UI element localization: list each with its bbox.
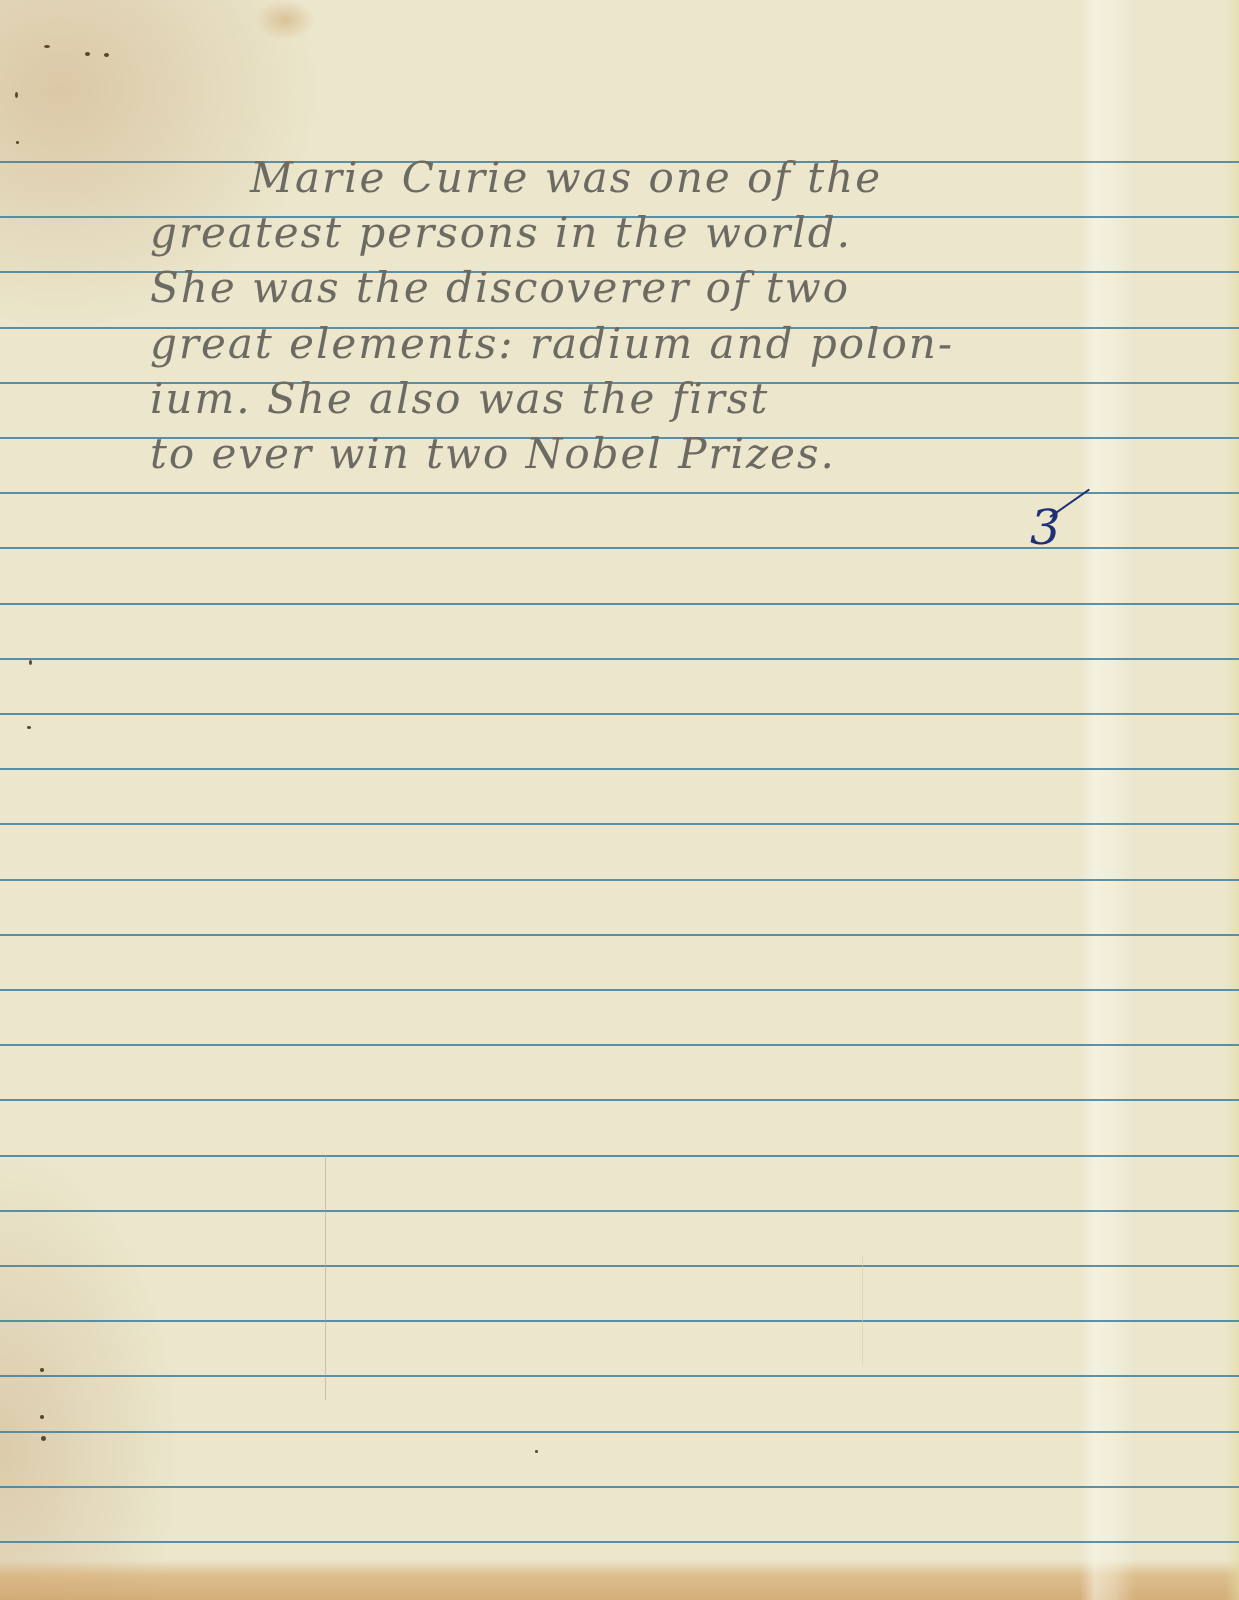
essay-line: Marie Curie was one of the xyxy=(150,150,1110,205)
paper-speck xyxy=(41,1436,46,1441)
grade-mark: 3 xyxy=(1030,500,1061,556)
ruled-line xyxy=(0,1155,1239,1157)
ruled-line xyxy=(0,1044,1239,1046)
ruled-line xyxy=(0,768,1239,770)
paper-speck xyxy=(40,1368,44,1372)
ruled-line xyxy=(0,492,1239,494)
ruled-line xyxy=(0,603,1239,605)
essay-line: greatest persons in the world. xyxy=(150,205,1110,260)
notebook-page: Marie Curie was one of the greatest pers… xyxy=(0,0,1239,1600)
paper-speck xyxy=(44,45,50,48)
paper-speck xyxy=(27,726,31,729)
ruled-line xyxy=(0,1375,1239,1377)
paper-speck xyxy=(104,53,109,57)
faint-vertical-mark xyxy=(862,1255,863,1365)
ruled-line xyxy=(0,1541,1239,1543)
ruled-line xyxy=(0,1486,1239,1488)
ruled-line xyxy=(0,1265,1239,1267)
paper-speck xyxy=(16,141,19,144)
handwritten-essay: Marie Curie was one of the greatest pers… xyxy=(150,160,1110,491)
ruled-line xyxy=(0,823,1239,825)
paper-speck xyxy=(15,92,18,98)
essay-line: She was the discoverer of two xyxy=(150,260,1110,315)
paper-speck xyxy=(29,660,32,665)
ruled-line xyxy=(0,713,1239,715)
essay-line: great elements: radium and polon- xyxy=(150,316,1110,371)
ruled-line xyxy=(0,934,1239,936)
ruled-line xyxy=(0,658,1239,660)
essay-line: to ever win two Nobel Prizes. xyxy=(150,426,1110,481)
ruled-line xyxy=(0,1431,1239,1433)
essay-line: ium. She also was the first xyxy=(150,371,1110,426)
ruled-line xyxy=(0,1320,1239,1322)
paper-speck xyxy=(40,1415,44,1419)
ruled-line xyxy=(0,879,1239,881)
paper-speck xyxy=(85,52,90,56)
paper-speck xyxy=(535,1450,538,1453)
ruled-line xyxy=(0,989,1239,991)
faint-vertical-mark xyxy=(325,1155,326,1400)
ruled-line xyxy=(0,1210,1239,1212)
ruled-line xyxy=(0,1099,1239,1101)
